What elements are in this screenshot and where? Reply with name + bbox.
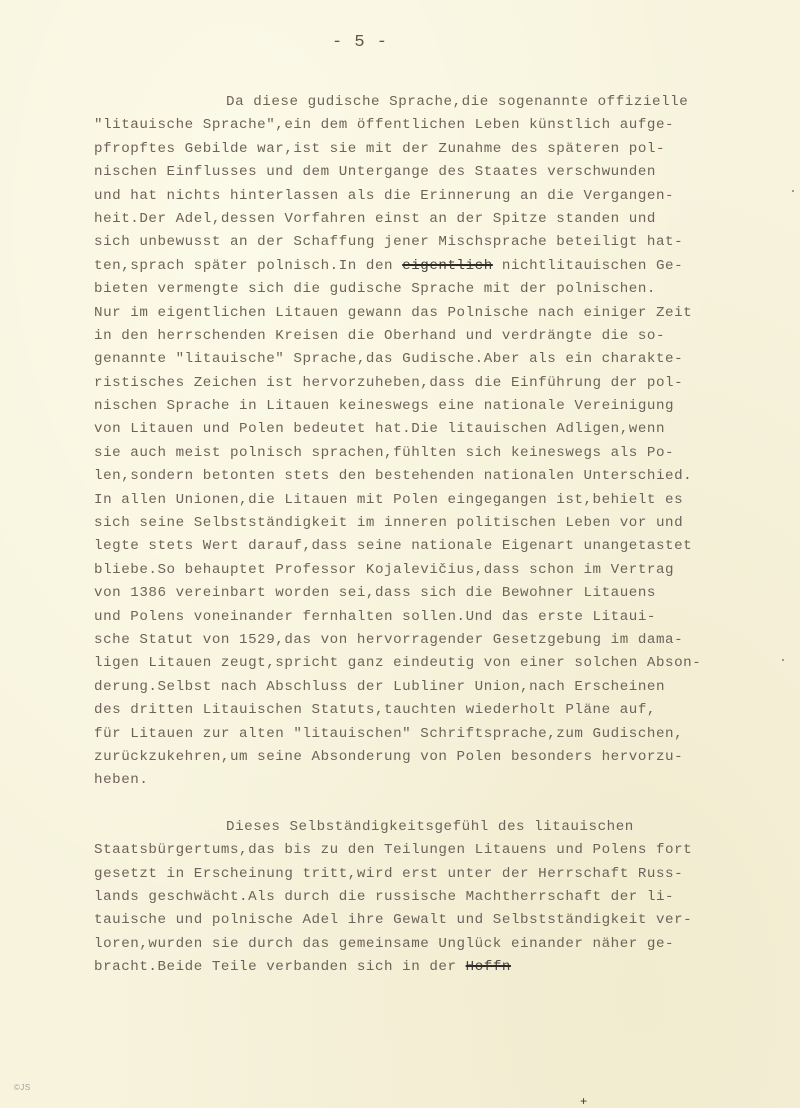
text-line: sich unbewusst an der Schaffung jener Mi… bbox=[94, 231, 800, 254]
text-line: Nur im eigentlichen Litauen gewann das P… bbox=[94, 302, 800, 325]
text-line: zurückzukehren,um seine Absonderung von … bbox=[94, 746, 800, 769]
text-line: lands geschwächt.Als durch die russische… bbox=[94, 886, 800, 909]
text-line: von 1386 vereinbart worden sei,dass sich… bbox=[94, 582, 800, 605]
text-segment: nichtlitauischen Ge- bbox=[493, 258, 683, 274]
text-line: nischen Sprache in Litauen keineswegs ei… bbox=[94, 395, 800, 418]
text-line: für Litauen zur alten "litauischen" Schr… bbox=[94, 723, 800, 746]
correction-mark: + bbox=[580, 1095, 587, 1108]
typewritten-body: Da diese gudische Sprache,die sogenannte… bbox=[94, 91, 800, 979]
text-line: und Polens voneinander fernhalten sollen… bbox=[94, 606, 800, 629]
text-line: sich seine Selbstständigkeit im inneren … bbox=[94, 512, 800, 535]
text-segment: bracht.Beide Teile verbanden sich in der bbox=[94, 959, 466, 975]
text-line: Dieses Selbständigkeitsgefühl des litaui… bbox=[94, 816, 800, 839]
text-segment: ten,sprach später polnisch.In den bbox=[94, 258, 402, 274]
paragraph-gap bbox=[94, 793, 800, 816]
struck-word: eigentlich bbox=[402, 258, 493, 274]
text-line: len,sondern betonten stets den bestehend… bbox=[94, 465, 800, 488]
text-line: in den herrschenden Kreisen die Oberhand… bbox=[94, 325, 800, 348]
text-line: loren,wurden sie durch das gemeinsame Un… bbox=[94, 933, 800, 956]
text-line: Staatsbürgertums,das bis zu den Teilunge… bbox=[94, 839, 800, 862]
text-line: ligen Litauen zeugt,spricht ganz eindeut… bbox=[94, 652, 800, 675]
text-line: sche Statut von 1529,das von hervorragen… bbox=[94, 629, 800, 652]
text-line: pfropftes Gebilde war,ist sie mit der Zu… bbox=[94, 138, 800, 161]
paragraph-2: Dieses Selbständigkeitsgefühl des litaui… bbox=[94, 816, 800, 980]
text-line: bliebe.So behauptet Professor Kojaleviči… bbox=[94, 559, 800, 582]
text-line: In allen Unionen,die Litauen mit Polen e… bbox=[94, 489, 800, 512]
text-line: Da diese gudische Sprache,die sogenannte… bbox=[94, 91, 800, 114]
text-line: nischen Einflusses und dem Untergange de… bbox=[94, 161, 800, 184]
text-line: "litauische Sprache",ein dem öffentliche… bbox=[94, 114, 800, 137]
text-line: sie auch meist polnisch sprachen,fühlten… bbox=[94, 442, 800, 465]
document-page: - 5 - Da diese gudische Sprache,die soge… bbox=[0, 0, 800, 1108]
text-line: gesetzt in Erscheinung tritt,wird erst u… bbox=[94, 863, 800, 886]
text-line: heben. bbox=[94, 769, 800, 792]
struck-word: Hoffn bbox=[466, 959, 511, 975]
text-line: ten,sprach später polnisch.In den eigent… bbox=[94, 255, 800, 278]
text-line: derung.Selbst nach Abschluss der Lubline… bbox=[94, 676, 800, 699]
text-line: bracht.Beide Teile verbanden sich in der… bbox=[94, 956, 800, 979]
text-line: und hat nichts hinterlassen als die Erin… bbox=[94, 185, 800, 208]
page-number: - 5 - bbox=[330, 33, 390, 52]
text-line: genannte "litauische" Sprache,das Gudisc… bbox=[94, 348, 800, 371]
text-line: tauische und polnische Adel ihre Gewalt … bbox=[94, 909, 800, 932]
text-line: legte stets Wert darauf,dass seine natio… bbox=[94, 535, 800, 558]
text-line: heit.Der Adel,dessen Vorfahren einst an … bbox=[94, 208, 800, 231]
archive-watermark: ©JS bbox=[14, 1083, 31, 1092]
text-line: bieten vermengte sich die gudische Sprac… bbox=[94, 278, 800, 301]
text-line: ristisches Zeichen ist hervorzuheben,das… bbox=[94, 372, 800, 395]
text-line: des dritten Litauischen Statuts,tauchten… bbox=[94, 699, 800, 722]
text-line: von Litauen und Polen bedeutet hat.Die l… bbox=[94, 418, 800, 441]
paragraph-1: Da diese gudische Sprache,die sogenannte… bbox=[94, 91, 800, 793]
